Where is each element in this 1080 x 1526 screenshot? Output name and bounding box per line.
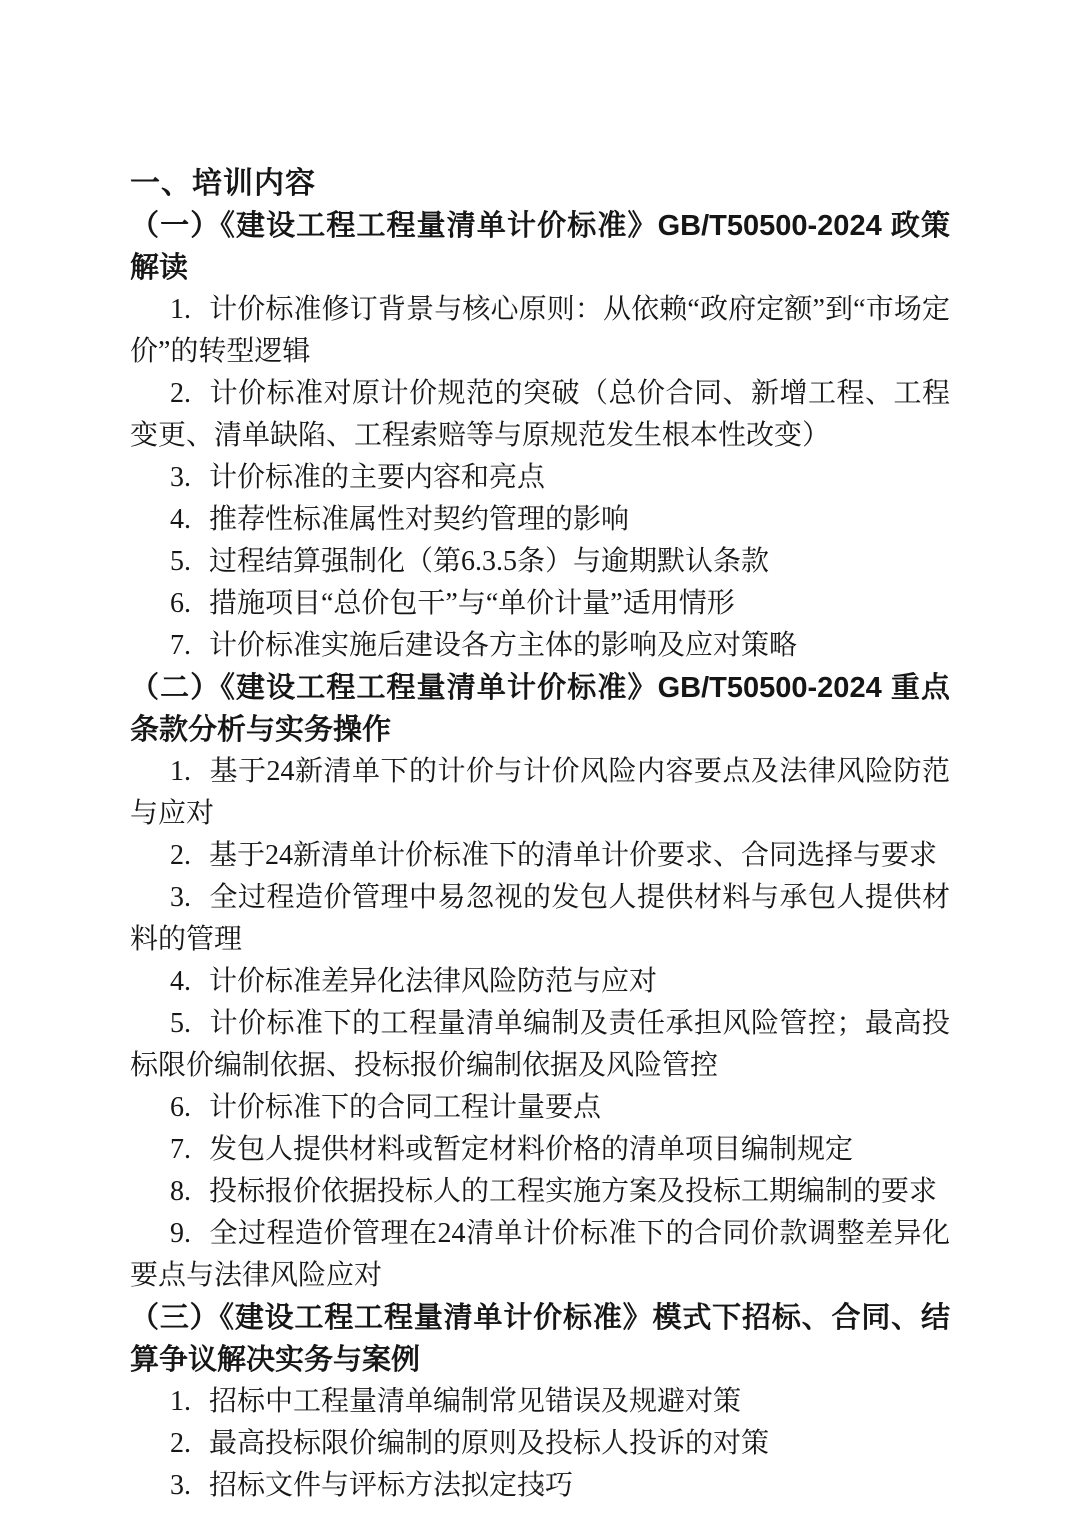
item-number: 7. <box>170 1134 191 1165</box>
item-text: 计价标准对原计价规范的突破（总价合同、新增工程、工程变更、清单缺陷、工程索赔等与… <box>130 378 950 451</box>
item-number: 6. <box>170 1092 191 1123</box>
list-item: 1.计价标准修订背景与核心原则：从依赖“政府定额”到“市场定价”的转型逻辑 <box>130 289 950 373</box>
list-item: 4.计价标准差异化法律风险防范与应对 <box>130 961 950 1003</box>
list-item: 5.计价标准下的工程量清单编制及责任承担风险管控；最高投标限价编制依据、投标报价… <box>130 1003 950 1087</box>
item-text: 措施项目“总价包干”与“单价计量”适用情形 <box>209 588 735 619</box>
item-text: 最高投标限价编制的原则及投标人投诉的对策 <box>209 1428 769 1459</box>
item-text: 计价标准差异化法律风险防范与应对 <box>209 966 657 997</box>
page-title: 一、培训内容 <box>130 163 950 205</box>
item-number: 4. <box>170 966 191 997</box>
item-number: 7. <box>170 630 191 661</box>
document-content: 一、培训内容 （一）《建设工程工程量清单计价标准》GB/T50500-2024 … <box>130 163 950 1507</box>
item-text: 基于24新清单计价标准下的清单计价要求、合同选择与要求 <box>209 840 937 871</box>
list-item: 5.过程结算强制化（第6.3.5条）与逾期默认条款 <box>130 541 950 583</box>
item-text: 计价标准的主要内容和亮点 <box>209 462 545 493</box>
item-number: 6. <box>170 588 191 619</box>
item-number: 4. <box>170 504 191 535</box>
item-number: 1. <box>170 1386 191 1417</box>
item-text: 全过程造价管理中易忽视的发包人提供材料与承包人提供材料的管理 <box>130 882 950 955</box>
item-text: 计价标准下的合同工程计量要点 <box>209 1092 601 1123</box>
item-number: 3. <box>170 882 191 913</box>
item-number: 8. <box>170 1176 191 1207</box>
item-number: 5. <box>170 1008 191 1039</box>
list-item: 6.计价标准下的合同工程计量要点 <box>130 1087 950 1129</box>
list-item: 3.计价标准的主要内容和亮点 <box>130 457 950 499</box>
item-number: 2. <box>170 1428 191 1459</box>
list-item: 2.基于24新清单计价标准下的清单计价要求、合同选择与要求 <box>130 835 950 877</box>
item-number: 5. <box>170 546 191 577</box>
list-item: 7.发包人提供材料或暂定材料价格的清单项目编制规定 <box>130 1129 950 1171</box>
list-item: 3.全过程造价管理中易忽视的发包人提供材料与承包人提供材料的管理 <box>130 877 950 961</box>
item-text: 计价标准实施后建设各方主体的影响及应对策略 <box>209 630 797 661</box>
list-item: 2.最高投标限价编制的原则及投标人投诉的对策 <box>130 1423 950 1465</box>
item-number: 1. <box>170 294 191 325</box>
item-number: 2. <box>170 378 191 409</box>
item-text: 发包人提供材料或暂定材料价格的清单项目编制规定 <box>209 1134 853 1165</box>
list-item: 7.计价标准实施后建设各方主体的影响及应对策略 <box>130 625 950 667</box>
section-heading-1: （一）《建设工程工程量清单计价标准》GB/T50500-2024 政策解读 <box>130 205 950 289</box>
item-text: 推荐性标准属性对契约管理的影响 <box>209 504 629 535</box>
item-text: 计价标准下的工程量清单编制及责任承担风险管控；最高投标限价编制依据、投标报价编制… <box>130 1008 950 1081</box>
list-item: 9.全过程造价管理在24清单计价标准下的合同价款调整差异化要点与法律风险应对 <box>130 1213 950 1297</box>
item-number: 3. <box>170 462 191 493</box>
section-heading-3: （三）《建设工程工程量清单计价标准》模式下招标、合同、结算争议解决实务与案例 <box>130 1297 950 1381</box>
list-item: 1.基于24新清单下的计价与计价风险内容要点及法律风险防范与应对 <box>130 751 950 835</box>
item-text: 基于24新清单下的计价与计价风险内容要点及法律风险防范与应对 <box>130 756 950 829</box>
item-text: 全过程造价管理在24清单计价标准下的合同价款调整差异化要点与法律风险应对 <box>130 1218 950 1291</box>
item-text: 过程结算强制化（第6.3.5条）与逾期默认条款 <box>209 546 769 577</box>
item-text: 招标中工程量清单编制常见错误及规避对策 <box>209 1386 741 1417</box>
list-item: 2.计价标准对原计价规范的突破（总价合同、新增工程、工程变更、清单缺陷、工程索赔… <box>130 373 950 457</box>
list-item: 6.措施项目“总价包干”与“单价计量”适用情形 <box>130 583 950 625</box>
list-item: 8.投标报价依据投标人的工程实施方案及投标工期编制的要求 <box>130 1171 950 1213</box>
item-text: 投标报价依据投标人的工程实施方案及投标工期编制的要求 <box>209 1176 937 1207</box>
document-page: 一、培训内容 （一）《建设工程工程量清单计价标准》GB/T50500-2024 … <box>0 0 1080 1526</box>
page-number: 3 <box>0 1478 1080 1498</box>
list-item: 4.推荐性标准属性对契约管理的影响 <box>130 499 950 541</box>
item-number: 1. <box>170 756 191 787</box>
item-number: 9. <box>170 1218 191 1249</box>
item-number: 2. <box>170 840 191 871</box>
list-item: 1.招标中工程量清单编制常见错误及规避对策 <box>130 1381 950 1423</box>
item-text: 计价标准修订背景与核心原则：从依赖“政府定额”到“市场定价”的转型逻辑 <box>130 294 950 367</box>
section-heading-2: （二）《建设工程工程量清单计价标准》GB/T50500-2024 重点条款分析与… <box>130 667 950 751</box>
